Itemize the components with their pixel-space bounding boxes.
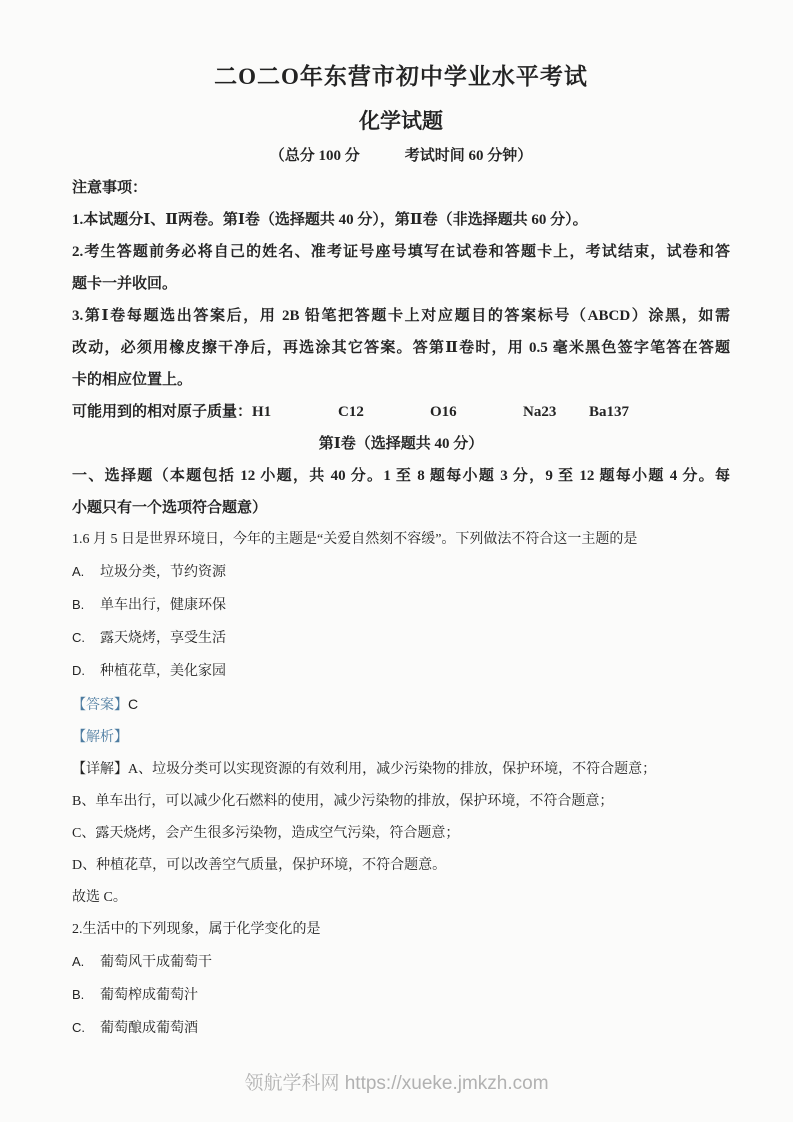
detail-line-1: 【详解】A、垃圾分类可以实现资源的有效利用，减少污染物的排放，保护环境，不符合题…	[72, 754, 730, 786]
atomic-mass-o: O16	[430, 396, 523, 428]
option-letter: C.	[72, 1012, 100, 1044]
option-text: 露天烧烤，享受生活	[100, 631, 226, 646]
option-text: 单车出行，健康环保	[100, 598, 226, 613]
question-1-option-d: D.种植花草，美化家园	[72, 655, 730, 688]
option-text: 葡萄风干成葡萄干	[100, 955, 212, 970]
analysis-marker: 【解析】	[72, 730, 128, 745]
question-2-option-b: B.葡萄榨成葡萄汁	[72, 979, 730, 1012]
doc-subtitle: 化学试题	[72, 106, 730, 136]
question-1-option-a: A.垃圾分类，节约资源	[72, 556, 730, 589]
notice-section: 注意事项： 1.本试题分Ⅰ、Ⅱ两卷。第Ⅰ卷（选择题共 40 分），第Ⅱ卷（非选择…	[72, 172, 730, 396]
notice-item-3-line-3: 卡的相应位置上。	[72, 364, 730, 396]
question-2-option-c: C.葡萄酿成葡萄酒	[72, 1012, 730, 1045]
section-intro-line-1: 一、选择题（本题包括 12 小题，共 40 分。1 至 8 题每小题 3 分，9…	[72, 460, 730, 492]
detail-line-2: B、单车出行，可以减少化石燃料的使用，减少污染物的排放，保护环境，不符合题意；	[72, 786, 730, 818]
atomic-mass-na: Na23	[523, 396, 589, 428]
question-1: 1.6 月 5 日是世界环境日，今年的主题是“关爱自然刻不容缓”。下列做法不符合…	[72, 524, 730, 914]
analysis-line: 【解析】	[72, 722, 730, 754]
answer-line: 【答案】C	[72, 688, 730, 722]
doc-meta-line: （总分 100 分 考试时间 60 分钟）	[72, 144, 730, 168]
detail-line-4: D、种植花草，可以改善空气质量，保护环境，不符合题意。	[72, 850, 730, 882]
question-1-option-c: C.露天烧烤，享受生活	[72, 622, 730, 655]
option-letter: C.	[72, 622, 100, 654]
option-text: 葡萄酿成葡萄酒	[100, 1021, 198, 1036]
notice-item-2-line-2: 题卡一并收回。	[72, 268, 730, 300]
option-letter: A.	[72, 556, 100, 588]
atomic-masses-label: 可能用到的相对原子质量：	[72, 404, 252, 420]
atomic-mass-ba: Ba137	[589, 396, 629, 428]
doc-title: 二O二O年东营市初中学业水平考试	[72, 62, 730, 92]
exam-paper-page: 二O二O年东营市初中学业水平考试 化学试题 （总分 100 分 考试时间 60 …	[72, 62, 730, 1045]
notice-item-1: 1.本试题分Ⅰ、Ⅱ两卷。第Ⅰ卷（选择题共 40 分），第Ⅱ卷（非选择题共 60 …	[72, 204, 730, 236]
option-letter: B.	[72, 589, 100, 621]
question-2: 2.生活中的下列现象，属于化学变化的是 A.葡萄风干成葡萄干 B.葡萄榨成葡萄汁…	[72, 914, 730, 1045]
atomic-mass-h: H1	[252, 396, 338, 428]
option-letter: A.	[72, 946, 100, 978]
detail-line-3: C、露天烧烤，会产生很多污染物，造成空气污染，符合题意；	[72, 818, 730, 850]
footer-watermark: 领航学科网 https://xueke.jmkzh.com	[0, 1068, 793, 1095]
notice-item-2-line-1: 2.考生答题前务必将自己的姓名、准考证号座号填写在试卷和答题卡上，考试结束，试卷…	[72, 236, 730, 268]
atomic-masses-line: 可能用到的相对原子质量：H1C12O16Na23Ba137	[72, 396, 730, 428]
option-text: 葡萄榨成葡萄汁	[100, 988, 198, 1003]
atomic-mass-c: C12	[338, 396, 430, 428]
detail-conclusion: 故选 C。	[72, 882, 730, 914]
notice-item-3-line-1: 3.第Ⅰ卷每题选出答案后，用 2B 铅笔把答题卡上对应题目的答案标号（ABCD）…	[72, 300, 730, 332]
answer-marker: 【答案】	[72, 698, 128, 713]
question-2-stem: 2.生活中的下列现象，属于化学变化的是	[72, 914, 730, 946]
notice-heading: 注意事项：	[72, 172, 730, 204]
question-2-option-a: A.葡萄风干成葡萄干	[72, 946, 730, 979]
option-letter: D.	[72, 655, 100, 687]
option-letter: B.	[72, 979, 100, 1011]
section-heading: 第Ⅰ卷（选择题共 40 分）	[72, 428, 730, 460]
question-1-option-b: B.单车出行，健康环保	[72, 589, 730, 622]
notice-item-3-line-2: 改动，必须用橡皮擦干净后，再选涂其它答案。答第Ⅱ卷时，用 0.5 毫米黑色签字笔…	[72, 332, 730, 364]
option-text: 种植花草，美化家园	[100, 664, 226, 679]
option-text: 垃圾分类，节约资源	[100, 565, 226, 580]
question-1-stem: 1.6 月 5 日是世界环境日，今年的主题是“关爱自然刻不容缓”。下列做法不符合…	[72, 524, 730, 556]
answer-value: C	[128, 696, 138, 712]
section-intro-line-2: 小题只有一个选项符合题意）	[72, 492, 730, 524]
